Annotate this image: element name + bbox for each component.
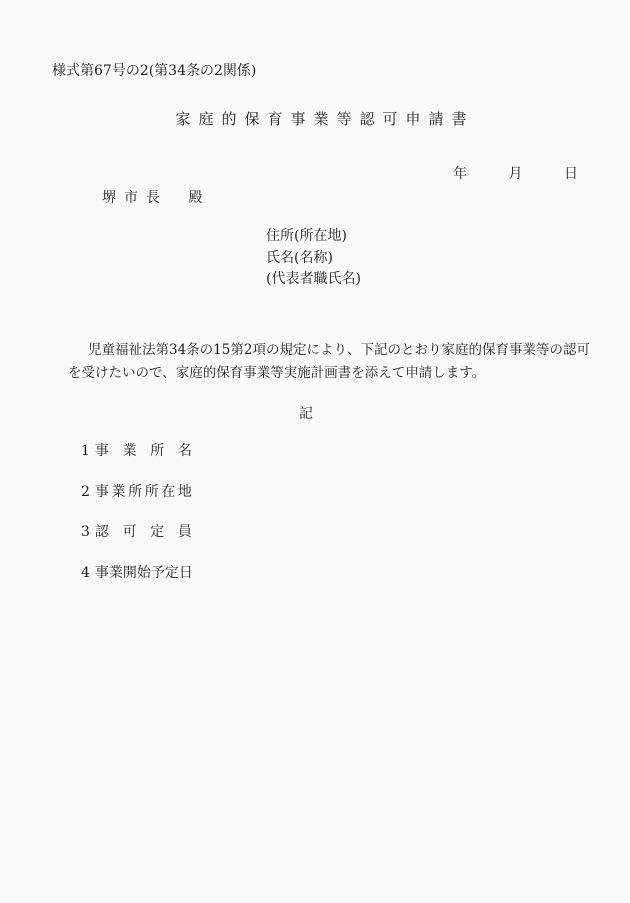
applicant-representative-label: (代表者職氏名)	[266, 269, 361, 291]
application-form-page: 様式第67号の2(第34条の2関係) 家庭的保育事業等認可申請書 年 月 日 堺…	[0, 0, 630, 903]
item-number: 3	[81, 524, 90, 541]
addressee-honorific: 殿	[188, 190, 202, 206]
date-year-label: 年	[453, 166, 467, 182]
item-label: 認可定員	[95, 524, 192, 541]
applicant-name-label: 氏名(名称)	[266, 248, 361, 270]
date-month-label: 月	[509, 166, 523, 182]
item-row: 1事業所名	[81, 443, 192, 461]
item-row: 2事業所所在地	[81, 484, 192, 502]
body-line-1: 児童福祉法第34条の15第2項の規定により、下記のとおり家庭的保育事業等の認可	[68, 339, 588, 362]
date-line: 年 月 日	[453, 166, 578, 182]
item-label: 事業所名	[95, 443, 192, 460]
addressee-line: 堺市長 殿	[102, 190, 202, 207]
item-row: 4事業開始予定日	[81, 565, 192, 583]
item-label: 事業開始予定日	[95, 565, 192, 582]
applicant-block: 住所(所在地) 氏名(名称) (代表者職氏名)	[266, 226, 361, 291]
item-number: 1	[81, 443, 90, 460]
document-title: 家庭的保育事業等認可申請書	[20, 110, 630, 129]
addressee-name: 堺市長	[102, 190, 168, 206]
applicant-address-label: 住所(所在地)	[266, 226, 361, 248]
item-row: 3認可定員	[81, 524, 192, 542]
body-line-2: を受けたいので、家庭的保育事業等実施計画書を添えて申請します。	[68, 362, 588, 385]
item-label: 事業所所在地	[95, 484, 192, 501]
date-day-label: 日	[564, 166, 578, 182]
item-number: 2	[81, 484, 90, 501]
record-marker: 記	[0, 406, 612, 423]
item-list: 1事業所名 2事業所所在地 3認可定員 4事業開始予定日	[81, 443, 192, 605]
item-number: 4	[81, 565, 90, 582]
form-number: 様式第67号の2(第34条の2関係)	[52, 63, 256, 80]
body-paragraph: 児童福祉法第34条の15第2項の規定により、下記のとおり家庭的保育事業等の認可 …	[68, 339, 588, 384]
